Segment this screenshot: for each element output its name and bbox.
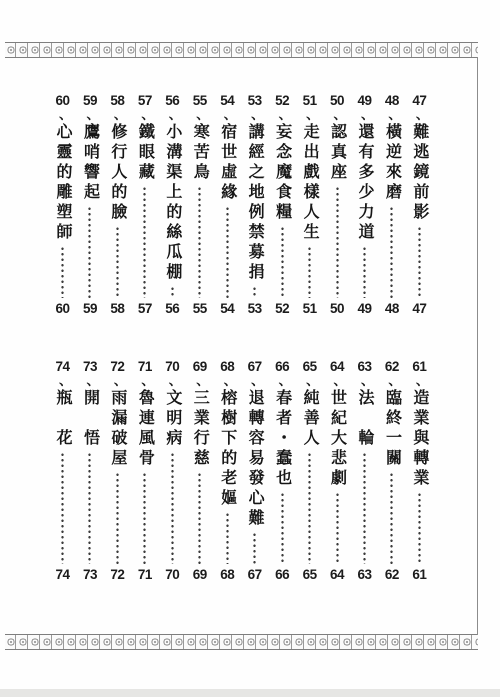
entry-dot-leader xyxy=(198,186,201,298)
entry-comma: 、 xyxy=(59,375,72,388)
toc-entry: 58 、 修行人的臉 58 xyxy=(104,93,131,317)
toc-entry: 74 、 瓶 花 74 xyxy=(49,359,76,583)
ornamental-border-bottom xyxy=(5,634,478,650)
entry-dot-leader xyxy=(61,246,64,298)
entry-dot-leader xyxy=(61,452,64,564)
entry-page: 49 xyxy=(357,301,371,317)
entry-title: 雨漏破屋 xyxy=(106,389,129,469)
toc-entry: 50 、 認真座 50 xyxy=(324,93,351,317)
entry-comma: 、 xyxy=(224,109,237,122)
entry-dot-leader xyxy=(253,532,256,564)
entry-dot-leader xyxy=(253,286,256,298)
entry-comma: 、 xyxy=(196,375,209,388)
entry-dot-leader xyxy=(336,492,339,564)
entry-dot-leader xyxy=(143,472,146,564)
entry-comma: 、 xyxy=(86,375,99,388)
toc-entry: 55 、 寒苦鳥 55 xyxy=(186,93,213,317)
entry-title: 春者・蠢也 xyxy=(271,389,294,489)
toc-entry: 72 、 雨漏破屋 72 xyxy=(104,359,131,583)
entry-page: 73 xyxy=(83,567,97,583)
entry-comma: 、 xyxy=(86,109,99,122)
entry-title: 鐵眼藏 xyxy=(133,123,156,183)
toc-entry: 63 、 法 輪 63 xyxy=(351,359,378,583)
entry-comma: 、 xyxy=(169,375,182,388)
toc-section-top: 47 、 難逃鏡前影 47 48 、 橫逆來磨 48 49 、 還有多少力道 4… xyxy=(49,93,433,317)
entry-title: 心靈的雕塑師 xyxy=(51,123,74,243)
entry-dot-leader xyxy=(281,226,284,298)
entry-dot-leader xyxy=(116,226,119,298)
toc-entry: 54 、 宿世虛緣 54 xyxy=(214,93,241,317)
entry-dot-leader xyxy=(281,492,284,564)
entry-comma: 、 xyxy=(306,375,319,388)
entry-page: 74 xyxy=(55,567,69,583)
entry-page: 50 xyxy=(330,301,344,317)
entry-title: 鷹哨響起 xyxy=(78,123,101,203)
toc-entry: 59 、 鷹哨響起 59 xyxy=(76,93,103,317)
entry-title: 魯連風骨 xyxy=(133,389,156,469)
ornamental-border-top xyxy=(5,42,478,58)
entry-dot-leader xyxy=(336,186,339,298)
entry-page: 47 xyxy=(412,301,426,317)
entry-page: 63 xyxy=(357,567,371,583)
entry-page: 71 xyxy=(138,567,152,583)
entry-page: 61 xyxy=(412,567,426,583)
entry-title: 榕樹下的老嫗 xyxy=(216,389,239,509)
entry-page: 62 xyxy=(385,567,399,583)
entry-dot-leader xyxy=(390,206,393,298)
entry-dot-leader xyxy=(308,452,311,564)
entry-dot-leader xyxy=(418,226,421,298)
toc-entry: 56 、 小溝渠上的絲瓜棚 56 xyxy=(159,93,186,317)
entry-comma: 、 xyxy=(141,109,154,122)
entry-page: 68 xyxy=(220,567,234,583)
entry-comma: 、 xyxy=(196,109,209,122)
entry-page: 64 xyxy=(330,567,344,583)
entry-page: 67 xyxy=(248,567,262,583)
entry-comma: 、 xyxy=(279,109,292,122)
entry-title: 橫逆來磨 xyxy=(380,123,403,203)
entry-comma: 、 xyxy=(388,109,401,122)
entry-page: 69 xyxy=(193,567,207,583)
entry-page: 72 xyxy=(110,567,124,583)
entry-dot-leader xyxy=(308,246,311,298)
entry-comma: 、 xyxy=(114,375,127,388)
entry-comma: 、 xyxy=(334,109,347,122)
toc-entry: 68 、 榕樹下的老嫗 68 xyxy=(214,359,241,583)
toc-entry: 51 、 走出戲樣人生 51 xyxy=(296,93,323,317)
entry-dot-leader xyxy=(198,472,201,564)
entry-title: 開 悟 xyxy=(78,389,101,449)
toc-entry: 53 、 講經之地例禁募捐 53 xyxy=(241,93,268,317)
entry-comma: 、 xyxy=(361,109,374,122)
entry-dot-leader xyxy=(226,512,229,564)
entry-dot-leader xyxy=(143,186,146,298)
entry-dot-leader xyxy=(116,472,119,564)
entry-comma: 、 xyxy=(141,375,154,388)
scanned-book-toc-page: 47 、 難逃鏡前影 47 48 、 橫逆來磨 48 49 、 還有多少力道 4… xyxy=(0,0,500,697)
toc-entry: 49 、 還有多少力道 49 xyxy=(351,93,378,317)
entry-dot-leader xyxy=(88,206,91,298)
entry-page: 53 xyxy=(248,301,262,317)
toc-entry: 62 、 臨終一關 62 xyxy=(378,359,405,583)
toc-entry: 66 、 春者・蠢也 66 xyxy=(269,359,296,583)
entry-title: 修行人的臉 xyxy=(106,123,129,223)
toc-entry: 64 、 世紀大悲劇 64 xyxy=(324,359,351,583)
entry-comma: 、 xyxy=(59,109,72,122)
entry-comma: 、 xyxy=(416,375,429,388)
entry-title: 純善人 xyxy=(298,389,321,449)
toc-entry: 61 、 造業與轉業 61 xyxy=(406,359,433,583)
entry-comma: 、 xyxy=(306,109,319,122)
entry-page: 55 xyxy=(193,301,207,317)
entry-dot-leader xyxy=(390,472,393,564)
entry-page: 52 xyxy=(275,301,289,317)
entry-comma: 、 xyxy=(416,109,429,122)
toc-entry: 73 、 開 悟 73 xyxy=(76,359,103,583)
toc-entry: 52 、 妄念魔食糧 52 xyxy=(269,93,296,317)
toc-entry: 67 、 退轉容易發心難 67 xyxy=(241,359,268,583)
toc-entry: 60 、 心靈的雕塑師 60 xyxy=(49,93,76,317)
entry-page: 56 xyxy=(165,301,179,317)
entry-comma: 、 xyxy=(388,375,401,388)
entry-title: 難逃鏡前影 xyxy=(408,123,431,223)
entry-page: 58 xyxy=(110,301,124,317)
entry-title: 世紀大悲劇 xyxy=(326,389,349,489)
entry-page: 65 xyxy=(303,567,317,583)
entry-page: 48 xyxy=(385,301,399,317)
entry-dot-leader xyxy=(171,452,174,564)
entry-title: 講經之地例禁募捐 xyxy=(243,123,266,283)
entry-page: 59 xyxy=(83,301,97,317)
entry-title: 妄念魔食糧 xyxy=(271,123,294,223)
entry-comma: 、 xyxy=(169,109,182,122)
toc-entry: 71 、 魯連風骨 71 xyxy=(131,359,158,583)
entry-title: 寒苦鳥 xyxy=(188,123,211,183)
entry-comma: 、 xyxy=(334,375,347,388)
scan-edge-shadow xyxy=(0,689,500,697)
toc-entry: 69 、 三業行慈 69 xyxy=(186,359,213,583)
toc-entry: 48 、 橫逆來磨 48 xyxy=(378,93,405,317)
toc-entry: 57 、 鐵眼藏 57 xyxy=(131,93,158,317)
entry-comma: 、 xyxy=(224,375,237,388)
entry-page: 60 xyxy=(55,301,69,317)
entry-page: 54 xyxy=(220,301,234,317)
entry-dot-leader xyxy=(418,492,421,564)
entry-dot-leader xyxy=(363,452,366,564)
entry-dot-leader xyxy=(363,246,366,298)
entry-comma: 、 xyxy=(251,375,264,388)
entry-page: 57 xyxy=(138,301,152,317)
entry-page: 66 xyxy=(275,567,289,583)
entry-dot-leader xyxy=(171,286,174,298)
entry-page: 70 xyxy=(165,567,179,583)
entry-title: 還有多少力道 xyxy=(353,123,376,243)
entry-dot-leader xyxy=(226,206,229,298)
entry-title: 文明病 xyxy=(161,389,184,449)
entry-title: 小溝渠上的絲瓜棚 xyxy=(161,123,184,283)
entry-dot-leader xyxy=(88,452,91,564)
toc-entry: 47 、 難逃鏡前影 47 xyxy=(406,93,433,317)
entry-title: 認真座 xyxy=(326,123,349,183)
entry-title: 退轉容易發心難 xyxy=(243,389,266,529)
entry-title: 臨終一關 xyxy=(380,389,403,469)
entry-comma: 、 xyxy=(114,109,127,122)
entry-comma: 、 xyxy=(279,375,292,388)
entry-title: 三業行慈 xyxy=(188,389,211,469)
entry-title: 走出戲樣人生 xyxy=(298,123,321,243)
entry-title: 法 輪 xyxy=(353,389,376,449)
page-border-right-line xyxy=(477,57,478,635)
toc-entry: 70 、 文明病 70 xyxy=(159,359,186,583)
entry-title: 瓶 花 xyxy=(51,389,74,449)
entry-title: 宿世虛緣 xyxy=(216,123,239,203)
entry-comma: 、 xyxy=(361,375,374,388)
entry-page: 51 xyxy=(303,301,317,317)
entry-title: 造業與轉業 xyxy=(408,389,431,489)
entry-comma: 、 xyxy=(251,109,264,122)
toc-section-bottom: 61 、 造業與轉業 61 62 、 臨終一關 62 63 、 法 輪 63 6… xyxy=(49,359,433,583)
toc-entry: 65 、 純善人 65 xyxy=(296,359,323,583)
